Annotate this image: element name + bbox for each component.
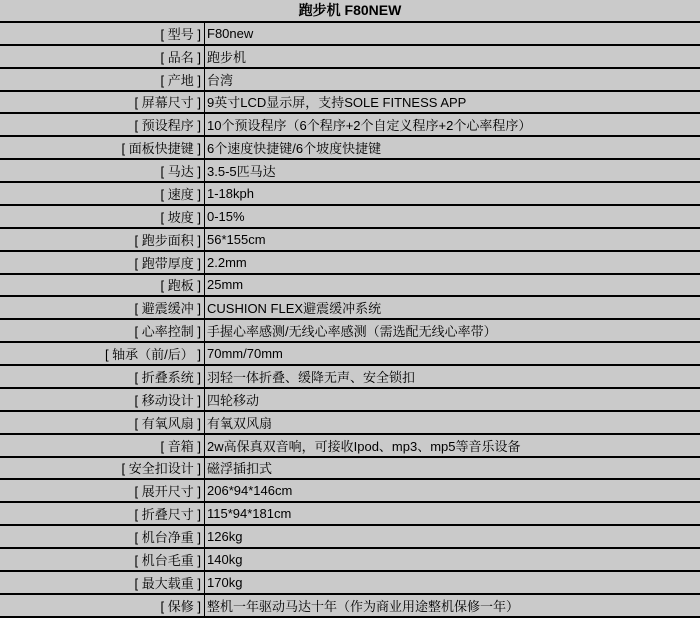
spec-row: [ 轴承（前/后） ] 70mm/70mm <box>0 343 700 366</box>
spec-row: [ 跑步面积 ] 56*155cm <box>0 229 700 252</box>
spec-label: [ 跑步面积 ] <box>0 229 205 250</box>
spec-label: [ 避震缓冲 ] <box>0 297 205 318</box>
spec-value: F80new <box>205 23 700 44</box>
spec-label: [ 速度 ] <box>0 183 205 204</box>
spec-value: CUSHION FLEX避震缓冲系统 <box>205 297 700 318</box>
spec-label: [ 心率控制 ] <box>0 320 205 341</box>
spec-label: [ 安全扣设计 ] <box>0 458 205 479</box>
spec-label: [ 有氧风扇 ] <box>0 412 205 433</box>
spec-label: [ 音箱 ] <box>0 435 205 456</box>
spec-value: 手握心率感测/无线心率感测（需选配无线心率带） <box>205 320 700 341</box>
spec-row: [ 折叠尺寸 ] 115*94*181cm <box>0 503 700 526</box>
spec-row: [ 跑板 ] 25mm <box>0 275 700 298</box>
spec-row: [ 心率控制 ] 手握心率感测/无线心率感测（需选配无线心率带） <box>0 320 700 343</box>
spec-row: [ 预设程序 ] 10个预设程序（6个程序+2个自定义程序+2个心率程序） <box>0 114 700 137</box>
spec-label: [ 机台毛重 ] <box>0 549 205 570</box>
spec-row: [ 型号 ] F80new <box>0 23 700 46</box>
spec-row: [ 折叠系统 ] 羽轻一体折叠、缓降无声、安全锁扣 <box>0 366 700 389</box>
spec-value: 206*94*146cm <box>205 480 700 501</box>
spec-value: 140kg <box>205 549 700 570</box>
spec-value: 磁浮插扣式 <box>205 458 700 479</box>
spec-label: [ 跑带厚度 ] <box>0 252 205 273</box>
spec-label: [ 面板快捷键 ] <box>0 137 205 158</box>
spec-label: [ 折叠系统 ] <box>0 366 205 387</box>
spec-value: 台湾 <box>205 69 700 90</box>
spec-row: [ 速度 ] 1-18kph <box>0 183 700 206</box>
spec-label: [ 折叠尺寸 ] <box>0 503 205 524</box>
product-spec-table: 跑步机 F80NEW [ 型号 ] F80new [ 品名 ] 跑步机 [ 产地… <box>0 0 700 618</box>
spec-row: [ 机台毛重 ] 140kg <box>0 549 700 572</box>
spec-value: 115*94*181cm <box>205 503 700 524</box>
spec-row: [ 有氧风扇 ] 有氧双风扇 <box>0 412 700 435</box>
spec-row: [ 移动设计 ] 四轮移动 <box>0 389 700 412</box>
spec-row: [ 屏幕尺寸 ] 9英寸LCD显示屏，支持SOLE FITNESS APP <box>0 92 700 115</box>
spec-value: 1-18kph <box>205 183 700 204</box>
spec-row: [ 产地 ] 台湾 <box>0 69 700 92</box>
spec-value: 整机一年驱动马达十年（作为商业用途整机保修一年） <box>205 595 700 616</box>
spec-row: [ 安全扣设计 ] 磁浮插扣式 <box>0 458 700 481</box>
spec-label: [ 型号 ] <box>0 23 205 44</box>
spec-label: [ 坡度 ] <box>0 206 205 227</box>
spec-value: 2.2mm <box>205 252 700 273</box>
spec-value: 四轮移动 <box>205 389 700 410</box>
spec-value: 0-15% <box>205 206 700 227</box>
spec-label: [ 移动设计 ] <box>0 389 205 410</box>
spec-value: 有氧双风扇 <box>205 412 700 433</box>
spec-label: [ 轴承（前/后） ] <box>0 343 205 364</box>
spec-label: [ 展开尺寸 ] <box>0 480 205 501</box>
spec-row: [ 音箱 ] 2w高保真双音响，可接收Ipod、mp3、mp5等音乐设备 <box>0 435 700 458</box>
spec-label: [ 屏幕尺寸 ] <box>0 92 205 113</box>
spec-row: [ 跑带厚度 ] 2.2mm <box>0 252 700 275</box>
spec-row: [ 保修 ] 整机一年驱动马达十年（作为商业用途整机保修一年） <box>0 595 700 618</box>
spec-label: [ 预设程序 ] <box>0 114 205 135</box>
spec-label: [ 品名 ] <box>0 46 205 67</box>
spec-row: [ 品名 ] 跑步机 <box>0 46 700 69</box>
page-title: 跑步机 F80NEW <box>0 0 700 23</box>
spec-label: [ 跑板 ] <box>0 275 205 296</box>
spec-row: [ 避震缓冲 ] CUSHION FLEX避震缓冲系统 <box>0 297 700 320</box>
spec-value: 56*155cm <box>205 229 700 250</box>
spec-row: [ 展开尺寸 ] 206*94*146cm <box>0 480 700 503</box>
spec-value: 126kg <box>205 526 700 547</box>
spec-table-body: [ 型号 ] F80new [ 品名 ] 跑步机 [ 产地 ] 台湾 [ 屏幕尺… <box>0 23 700 618</box>
spec-value: 9英寸LCD显示屏，支持SOLE FITNESS APP <box>205 92 700 113</box>
spec-value: 羽轻一体折叠、缓降无声、安全锁扣 <box>205 366 700 387</box>
spec-value: 170kg <box>205 572 700 593</box>
spec-value: 跑步机 <box>205 46 700 67</box>
spec-label: [ 保修 ] <box>0 595 205 616</box>
spec-value: 3.5-5匹马达 <box>205 160 700 181</box>
spec-row: [ 最大载重 ] 170kg <box>0 572 700 595</box>
spec-row: [ 马达 ] 3.5-5匹马达 <box>0 160 700 183</box>
spec-row: [ 面板快捷键 ] 6个速度快捷键/6个坡度快捷键 <box>0 137 700 160</box>
spec-row: [ 坡度 ] 0-15% <box>0 206 700 229</box>
spec-value: 25mm <box>205 275 700 296</box>
spec-row: [ 机台净重 ] 126kg <box>0 526 700 549</box>
spec-label: [ 产地 ] <box>0 69 205 90</box>
spec-value: 70mm/70mm <box>205 343 700 364</box>
spec-value: 10个预设程序（6个程序+2个自定义程序+2个心率程序） <box>205 114 700 135</box>
spec-label: [ 最大载重 ] <box>0 572 205 593</box>
spec-value: 2w高保真双音响，可接收Ipod、mp3、mp5等音乐设备 <box>205 435 700 456</box>
spec-value: 6个速度快捷键/6个坡度快捷键 <box>205 137 700 158</box>
spec-label: [ 机台净重 ] <box>0 526 205 547</box>
spec-label: [ 马达 ] <box>0 160 205 181</box>
